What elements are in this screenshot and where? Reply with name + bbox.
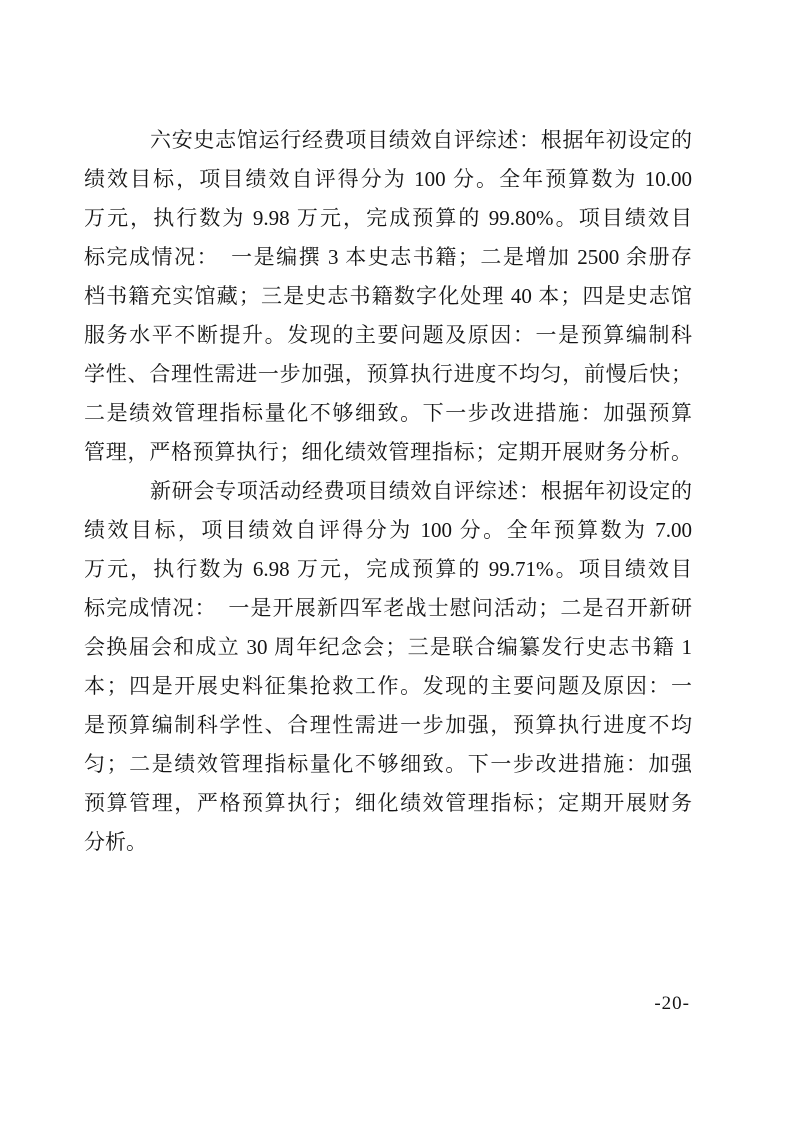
paragraph-line: 六安史志馆运行经费项目绩效自评综述：根据年初设定的 xyxy=(84,121,692,160)
paragraph-line: 二是绩效管理指标量化不够细致。下一步改进措施：加强预算 xyxy=(84,394,692,433)
paragraph-line: 服务水平不断提升。发现的主要问题及原因：一是预算编制科 xyxy=(84,316,692,355)
paragraph-line: 会换届会和成立 30 周年纪念会；三是联合编纂发行史志书籍 1 xyxy=(84,628,692,667)
paragraph-line: 标完成情况： 一是编撰 3 本史志书籍；二是增加 2500 余册存 xyxy=(84,238,692,277)
document-page: 六安史志馆运行经费项目绩效自评综述：根据年初设定的 绩效目标，项目绩效自评得分为… xyxy=(0,0,793,1122)
paragraph-line: 万元，执行数为 9.98 万元，完成预算的 99.80%。项目绩效目 xyxy=(84,199,692,238)
paragraph-line: 档书籍充实馆藏；三是史志书籍数字化处理 40 本；四是史志馆 xyxy=(84,277,692,316)
document-body: 六安史志馆运行经费项目绩效自评综述：根据年初设定的 绩效目标，项目绩效自评得分为… xyxy=(84,121,692,862)
paragraph-line: 新研会专项活动经费项目绩效自评综述：根据年初设定的 xyxy=(84,472,692,511)
paragraph-line: 学性、合理性需进一步加强，预算执行进度不均匀，前慢后快； xyxy=(84,355,692,394)
paragraph-line: 绩效目标，项目绩效自评得分为 100 分。全年预算数为 10.00 xyxy=(84,160,692,199)
paragraph-liuan-shizhiguan: 六安史志馆运行经费项目绩效自评综述：根据年初设定的 绩效目标，项目绩效自评得分为… xyxy=(84,121,692,472)
paragraph-line: 绩效目标，项目绩效自评得分为 100 分。全年预算数为 7.00 xyxy=(84,511,692,550)
page-number: -20- xyxy=(654,994,690,1014)
paragraph-line: 本；四是开展史料征集抢救工作。发现的主要问题及原因：一 xyxy=(84,667,692,706)
paragraph-line: 分析。 xyxy=(84,823,692,862)
paragraph-line: 管理，严格预算执行；细化绩效管理指标；定期开展财务分析。 xyxy=(84,433,692,472)
paragraph-line: 是预算编制科学性、合理性需进一步加强，预算执行进度不均 xyxy=(84,706,692,745)
paragraph-line: 预算管理，严格预算执行；细化绩效管理指标；定期开展财务 xyxy=(84,784,692,823)
paragraph-xinyanhui: 新研会专项活动经费项目绩效自评综述：根据年初设定的 绩效目标，项目绩效自评得分为… xyxy=(84,472,692,862)
paragraph-line: 匀；二是绩效管理指标量化不够细致。下一步改进措施：加强 xyxy=(84,745,692,784)
paragraph-line: 标完成情况： 一是开展新四军老战士慰问活动；二是召开新研 xyxy=(84,589,692,628)
paragraph-line: 万元，执行数为 6.98 万元，完成预算的 99.71%。项目绩效目 xyxy=(84,550,692,589)
